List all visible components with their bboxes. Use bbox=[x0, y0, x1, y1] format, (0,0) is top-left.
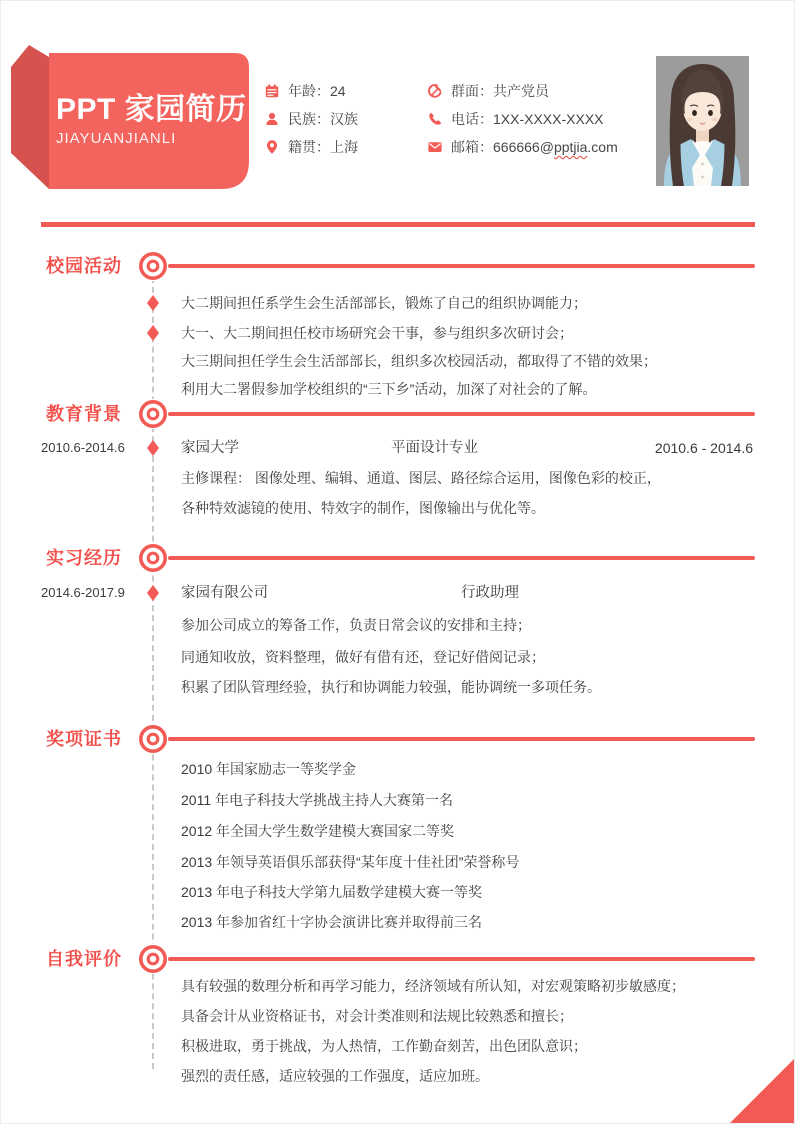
campus-line: 大一、大二期间担任校市场研究会干事，参与组织多次研讨会； bbox=[181, 323, 573, 343]
resume-title: PPT 家园简历 bbox=[56, 84, 247, 128]
corner-triangle-decoration bbox=[728, 1057, 795, 1124]
section-rule bbox=[168, 737, 755, 741]
award-line: 2011 年电子科技大学挑战主持人大赛第一名 bbox=[181, 790, 453, 810]
self-eval-line: 积极进取，勇于挑战，为人热情，工作勤奋刻苦，出色团队意识； bbox=[181, 1036, 587, 1056]
internship-line: 参加公司成立的筹备工作，负责日常会议的安排和主持； bbox=[181, 615, 531, 635]
bullseye-icon bbox=[137, 250, 169, 282]
email-label: 邮箱： bbox=[451, 137, 493, 157]
calendar-icon bbox=[264, 83, 280, 99]
info-column-left: 年龄：24 民族：汉族 籍贯：上海 bbox=[264, 77, 358, 161]
campus-line: 利用大二署假参加学校组织的“三下乡”活动，加深了对社会的了解。 bbox=[181, 379, 596, 399]
ethnicity-value: 汉族 bbox=[330, 109, 358, 129]
major-name: 平面设计专业 bbox=[391, 438, 478, 458]
self-eval-line: 具备会计从业资格证书，对会计类准则和法规比较熟悉和擅长； bbox=[181, 1006, 573, 1026]
section-title-self-evaluation: 自我评价 bbox=[46, 947, 122, 971]
person-icon bbox=[264, 111, 280, 127]
diamond-marker bbox=[147, 440, 159, 456]
section-title-awards: 奖项证书 bbox=[46, 727, 122, 751]
award-line: 2012 年全国大学生数学建模大赛国家二等奖 bbox=[181, 821, 454, 841]
ribbon-fold bbox=[11, 45, 49, 189]
section-title-campus-activities: 校园活动 bbox=[46, 254, 122, 278]
bullseye-icon bbox=[137, 542, 169, 574]
award-line: 2013 年电子科技大学第九届数学建模大赛一等奖 bbox=[181, 882, 482, 902]
age-value: 24 bbox=[330, 83, 346, 99]
info-row-age: 年龄：24 bbox=[264, 77, 358, 105]
portrait-photo bbox=[656, 56, 749, 186]
section-rule bbox=[168, 264, 755, 268]
phone-icon bbox=[427, 111, 443, 127]
internship-date-range: 2014.6-2017.9 bbox=[41, 584, 141, 602]
info-row-hometown: 籍贯：上海 bbox=[264, 133, 358, 161]
email-icon bbox=[427, 139, 443, 155]
award-line: 2010 年国家励志一等奖学金 bbox=[181, 759, 356, 779]
info-row-phone: 电话：1XX-XXXX-XXXX bbox=[427, 105, 618, 133]
hometown-label: 籍贯： bbox=[288, 137, 330, 157]
education-date-range: 2010.6-2014.6 bbox=[41, 439, 141, 457]
bullseye-icon bbox=[137, 723, 169, 755]
section-title-education: 教育背景 bbox=[46, 402, 122, 426]
phone-value: 1XX-XXXX-XXXX bbox=[493, 111, 604, 127]
award-line: 2013 年领导英语俱乐部获得“某年度十佳社团”荣誉称号 bbox=[181, 852, 519, 872]
info-row-political: 群面：共产党员 bbox=[427, 77, 618, 105]
school-name: 家园大学 bbox=[181, 438, 239, 458]
political-value: 共产党员 bbox=[493, 81, 549, 101]
info-row-ethnicity: 民族：汉族 bbox=[264, 105, 358, 133]
bullseye-icon bbox=[137, 943, 169, 975]
bullseye-icon bbox=[137, 398, 169, 430]
email-value-prefix: 666666@ bbox=[493, 139, 554, 155]
self-eval-line: 具有较强的数理分析和再学习能力，经济领域有所认知，对宏观策略初步敏感度； bbox=[181, 976, 685, 996]
political-label: 群面： bbox=[451, 81, 493, 101]
info-row-email: 邮箱：666666@pptjia.com bbox=[427, 133, 618, 161]
campus-line: 大二期间担任系学生会生活部部长，锻炼了自己的组织协调能力； bbox=[181, 293, 587, 313]
education-date-right: 2010.6 - 2014.6 bbox=[655, 438, 753, 458]
hometown-value: 上海 bbox=[330, 137, 358, 157]
section-title-internship: 实习经历 bbox=[46, 546, 122, 570]
job-title: 行政助理 bbox=[461, 583, 519, 603]
award-line: 2013 年参加省红十字协会演讲比赛并取得前三名 bbox=[181, 912, 482, 932]
section-rule bbox=[168, 412, 755, 416]
diamond-marker bbox=[147, 585, 159, 601]
internship-line: 积累了团队管理经验，执行和协调能力较强，能协调统一多项任务。 bbox=[181, 677, 601, 697]
ethnicity-label: 民族： bbox=[288, 109, 330, 129]
party-emblem-icon bbox=[427, 83, 443, 99]
section-rule bbox=[168, 957, 755, 961]
header-divider-line bbox=[41, 222, 755, 227]
email-value-suffix: .com bbox=[587, 139, 617, 155]
education-line: 主修课程： 图像处理、编辑、通道、图层、路径综合运用，图像色彩的校正， bbox=[181, 468, 661, 488]
diamond-marker bbox=[147, 295, 159, 311]
section-rule bbox=[168, 556, 755, 560]
self-eval-line: 强烈的责任感，适应较强的工作强度，适应加班。 bbox=[181, 1066, 489, 1086]
resume-subtitle: JIAYUANJIANLI bbox=[56, 130, 176, 147]
internship-line: 同通知收放，资料整理，做好有借有还，登记好借阅记录； bbox=[181, 647, 545, 667]
phone-label: 电话： bbox=[451, 109, 493, 129]
location-icon bbox=[264, 139, 280, 155]
age-label: 年龄： bbox=[288, 81, 330, 101]
info-column-right: 群面：共产党员 电话：1XX-XXXX-XXXX 邮箱：666666@pptji… bbox=[427, 77, 618, 161]
resume-page: PPT 家园简历 JIAYUANJIANLI 年龄：24 民族：汉族 bbox=[0, 0, 795, 1124]
campus-line: 大三期间担任学生会生活部部长，组织多次校园活动，都取得了不错的效果； bbox=[181, 351, 657, 371]
diamond-marker bbox=[147, 325, 159, 341]
education-line: 各种特效滤镜的使用、特效字的制作，图像输出与优化等。 bbox=[181, 498, 545, 518]
email-value-domain: pptjia bbox=[554, 139, 587, 155]
company-name: 家园有限公司 bbox=[181, 583, 268, 603]
